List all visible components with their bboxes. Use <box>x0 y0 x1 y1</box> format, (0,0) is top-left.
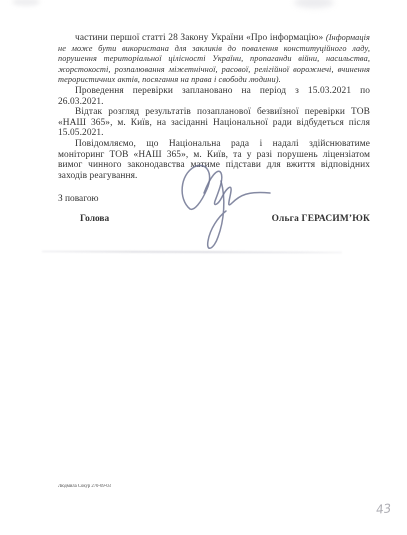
scan-smudge-top-right <box>294 0 334 8</box>
law-reference-text: частини першої статті 28 Закону України … <box>75 33 326 43</box>
closing-block: З повагою Голова Ольга ГЕРАСИМ’ЮК <box>58 194 370 226</box>
paragraph-law-quote: частини першої статті 28 Закону України … <box>58 33 370 86</box>
document-page: частини першої статті 28 Закону України … <box>0 0 407 535</box>
paragraph-review-results: Відтак розгляд результатів позапланової … <box>58 107 370 139</box>
handwritten-page-number: 43 <box>375 501 392 517</box>
executor-contact: Людмила Сокур 270-69-03 <box>58 484 111 489</box>
signer-position: Голова <box>80 214 109 224</box>
scan-smudge-top-left <box>12 0 40 6</box>
salutation: З повагою <box>58 194 370 205</box>
letter-body: частини першої статті 28 Закону України … <box>58 33 370 226</box>
scan-artifact-line <box>42 250 342 253</box>
paragraph-inspection-period: Проведення перевірки заплановано на пері… <box>58 86 370 107</box>
signer-name: Ольга ГЕРАСИМ’ЮК <box>272 214 370 224</box>
paragraph-monitoring: Повідомляємо, що Національна рада і нада… <box>58 139 370 181</box>
signature-row: Голова Ольга ГЕРАСИМ’ЮК <box>58 214 370 226</box>
